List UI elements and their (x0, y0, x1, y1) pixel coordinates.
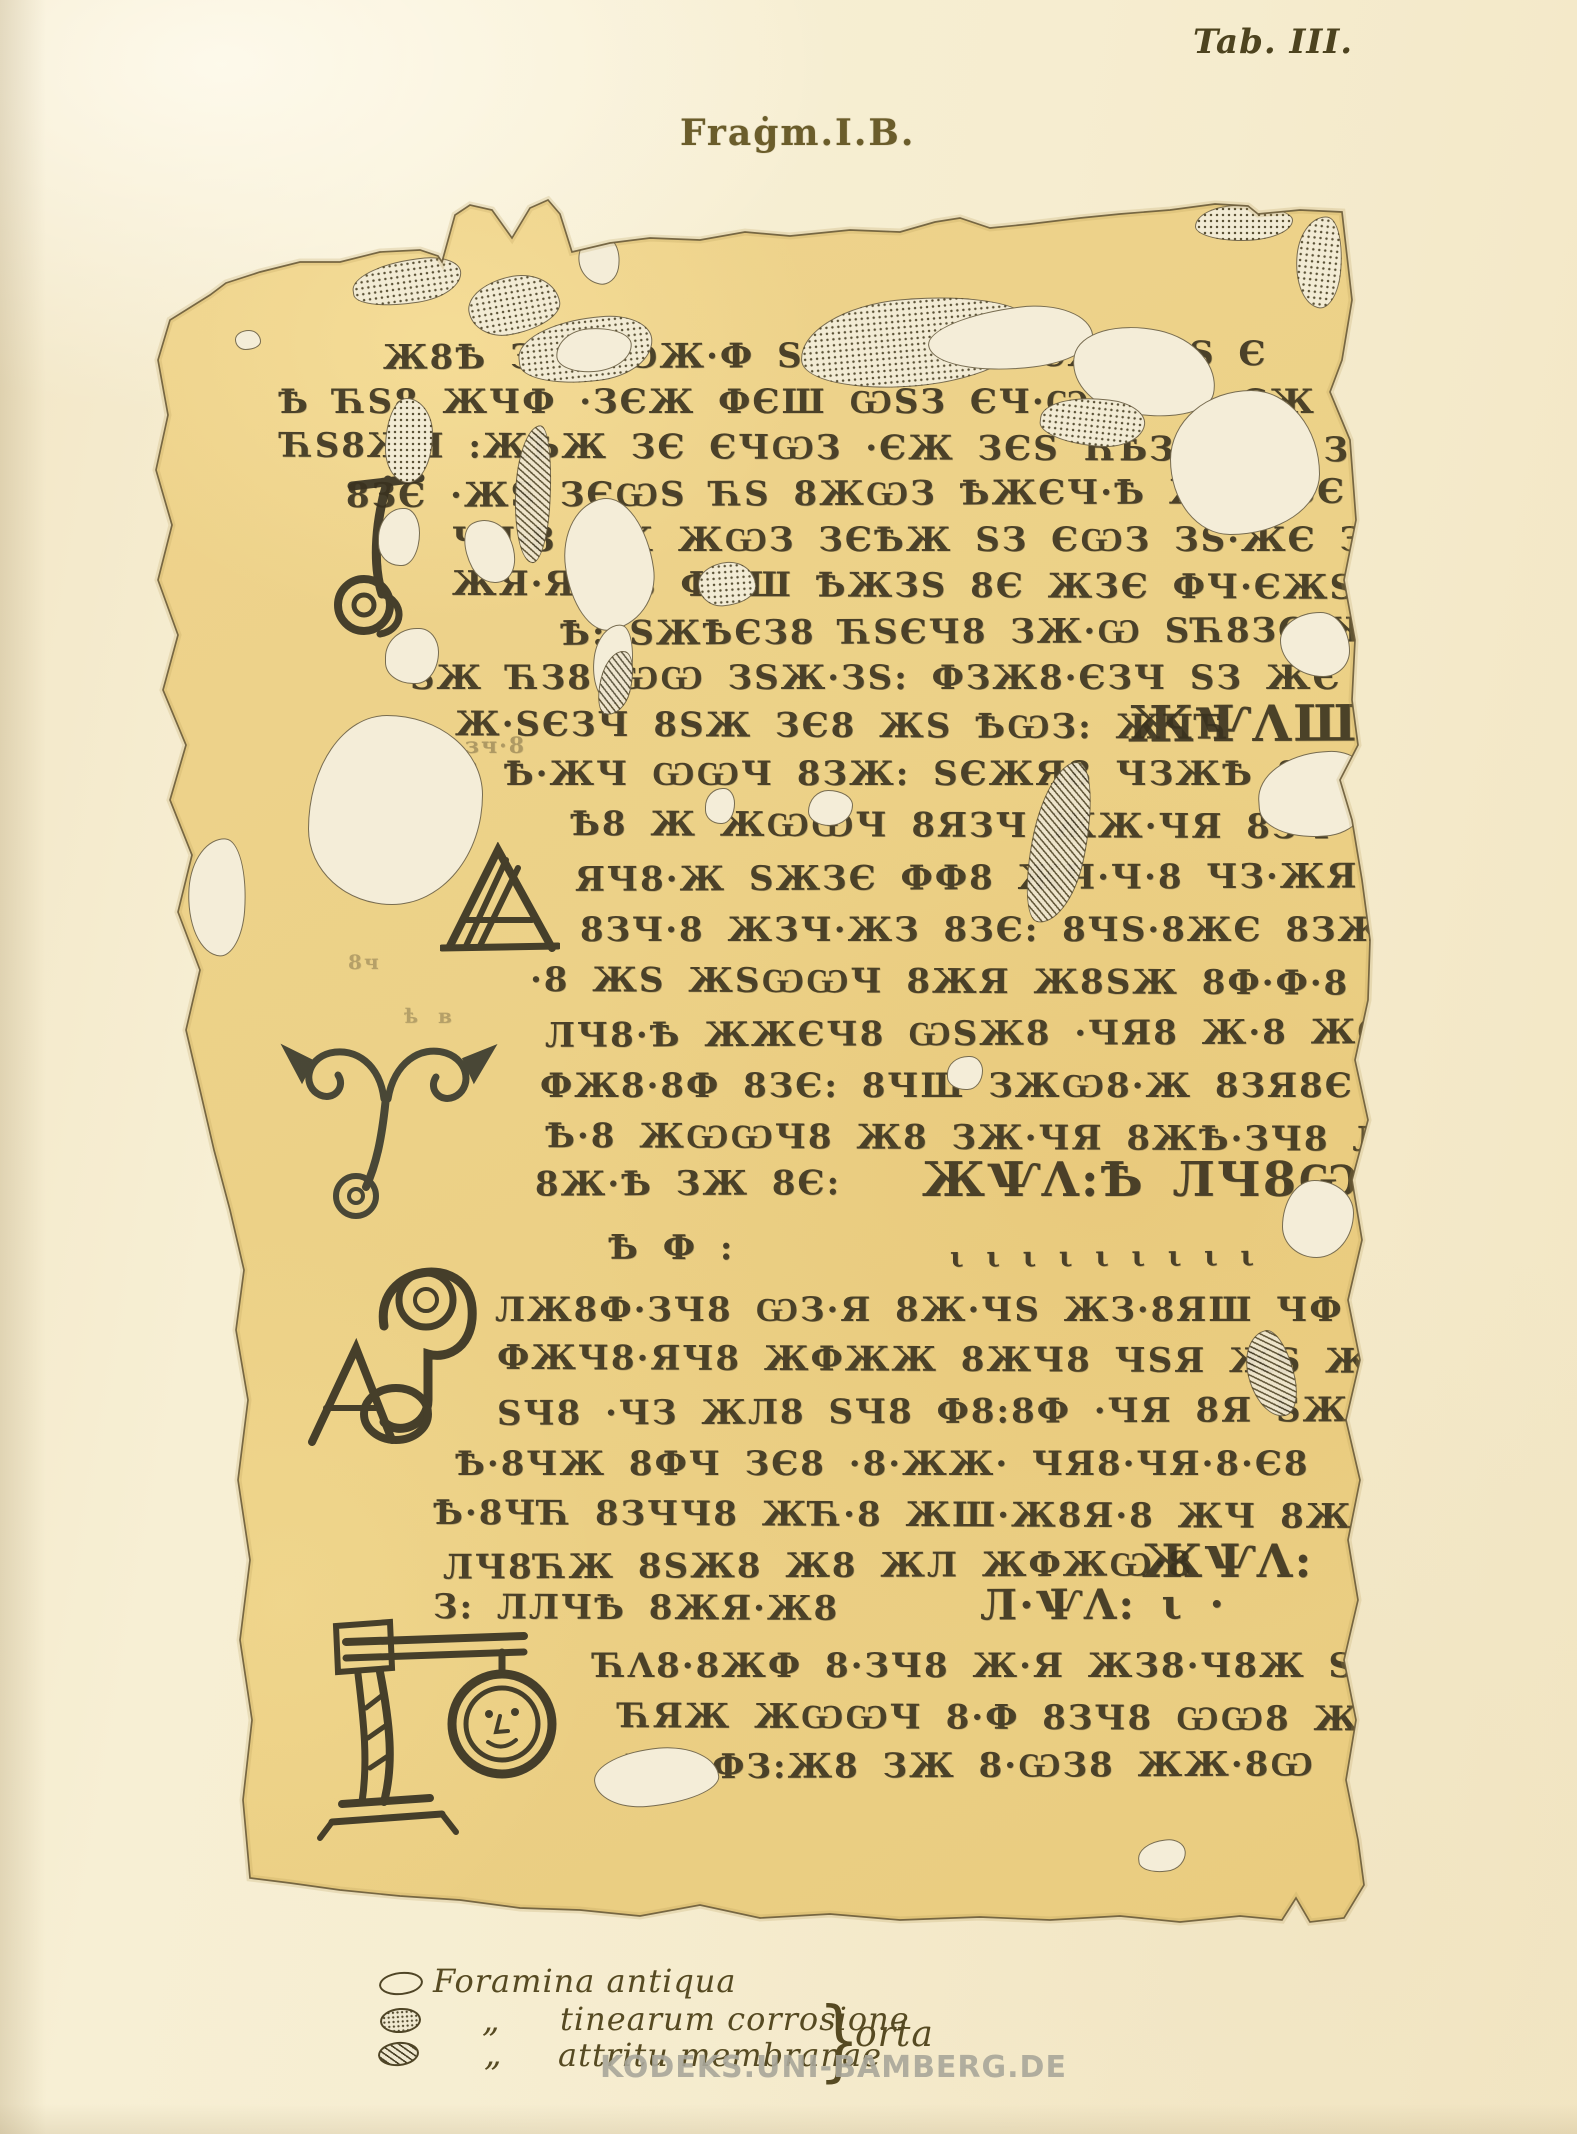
manuscript-text-line: Ф·Ф·ФЗ:Ж8 ЗЖ 8·ѠЗ8 ЖЖ·8Ѡ (616, 1744, 1315, 1787)
damage-foramina-antiqua (574, 233, 624, 288)
damage-foramina-antiqua (1136, 1838, 1187, 1875)
damage-foramina-antiqua (378, 508, 420, 566)
manuscript-text-line: Л·ѰΛ: ι · (980, 1579, 1226, 1629)
manuscript-text-line: Ж·ЅЄЗЧ 8ЅЖ ЗЄ8 ЖЅ ѢѠЗ: ЖЧЋ (455, 704, 1230, 747)
legend-brace-label-orta: orta (855, 2014, 934, 2055)
manuscript-text-line: 8ЗЧ·8 ЖЗЧ·ЖЗ 8ЗЄ: 8ЧЅ·8ЖЄ 8ЗЖ (580, 910, 1384, 950)
manuscript-text-line: Ѣ·8ЧЋ 8ЗЧЧ8 ЖЋ·8 ЖШ·Ж8Я·8 ЖЧ 8Ж (433, 1493, 1353, 1537)
manuscript-text-line: ФЖЧ8·ЯЧ8 ЖФЖЖ 8ЖЧ8 ЧЅЯ ЖЅ ЖЉ Ѕ (497, 1338, 1464, 1382)
damage-foramina-tinearum (349, 253, 464, 312)
manuscript-text-line: зч·8 (465, 733, 526, 759)
manuscript-text-line: ЛЧ8·Ѣ ЖЖЄЧ8 ѠЅЖ8 ·ЧЯ8 Ж·8 ЖЄ8 (545, 1012, 1412, 1056)
manuscript-text-line: ЛЖ8Ф·ЗЧ8 ѠЗ·Я 8Ж·ЧЅ ЖЗ·8ЯШ ЧФ (495, 1290, 1344, 1330)
manuscript-text-line: ЅЧ8 ·ЧЗ ЖЛ8 ЅЧ8 Ф8:8Ф ·ЧЯ 8Я ЅЖ (497, 1390, 1349, 1434)
damage-foramina-antiqua (1170, 390, 1320, 535)
legend-label-foramina-antiqua: Foramina antiqua (433, 1962, 736, 2000)
watermark: KODEKS.UNI-BAMBERG.DE (600, 2050, 1067, 2085)
damage-foramina-antiqua (184, 836, 250, 958)
manuscript-text-line: Ѣ·8ЧЖ 8ФЧ ЗЄ8 ·8·ЖЖ· ЧЯ8·ЧЯ·8·Є8 (455, 1444, 1310, 1484)
legend-symbol-stippled-oval (379, 2007, 422, 2035)
manuscript-text-line: „ З Ѣ·ЖЧ ѠѠЧ 8ЗЖ: ЅЄЖЯ8 ЧЗЖѢ 8ЗЧ (410, 754, 1362, 794)
plate-number-label: Tab. III. (1193, 22, 1363, 62)
damage-foramina-antiqua (235, 330, 261, 350)
manuscript-text-line: ѣ в (404, 1004, 454, 1028)
legend-ditto-mark-2: „ (484, 2034, 502, 2074)
legend-symbol-hatched-oval (377, 2040, 420, 2067)
initial-face-pillar-icon (306, 1612, 568, 1850)
manuscript-text-line: ·8 ЖЅ ЖЅѠѠЧ 8ЖЯ Ж8ЅЖ 8Ф·Ф·8 ЖЅ (530, 960, 1445, 1004)
manuscript-text-line: 8Ж·Ѣ ЗЖ 8Є: (535, 1163, 841, 1204)
manuscript-text-line: ЯЧ8·Ж ЅЖЗЄ ФФ8 ЖЧ·Ч·8 ЧЗ·ЖЯ 8Ж (575, 856, 1454, 900)
plate-page: Tab. III. Fraġm.I.B. (0, 0, 1577, 2134)
manuscript-text-line: З: ЛЛЧѢ 8ЖЯ·Ж8 (433, 1587, 839, 1629)
damage-foramina-tinearum (1291, 214, 1346, 310)
fragment-title: Fraġm.I.B. (680, 112, 915, 154)
manuscript-text-line: ЅЖ ЋЗ8 ѠѠ ЗЅЖ·ЗЅ: ФЗЖ8·ЄЗЧ ЅЗ ЖЄ (410, 658, 1342, 698)
damage-foramina-antiqua (947, 1056, 983, 1090)
manuscript-text-line: ЋЯЖ ЖѠѠЧ 8·Ф 8ЗЧ8 ѠѠ8 ЖЯ·Ф8 (618, 1696, 1466, 1740)
legend-symbol-outline-oval (378, 1970, 424, 1997)
manuscript-text-line: ЋΛ8·8ЖФ 8·ЗЧ8 Ж·Я ЖЗ8·Ч8Ж ЅЖ (593, 1646, 1402, 1686)
damage-foramina-antiqua (385, 628, 439, 684)
damage-foramina-tinearum (1195, 205, 1293, 241)
initial-knot-icon (300, 1236, 485, 1452)
damage-foramina-antiqua (1282, 1180, 1354, 1258)
manuscript-parchment: Ж8Ѣ ЗЄЅ ѠЖ·Ф ЅЄ8 ЖЅЋ ЗЄЖ 8ЗЅ ЄѢ ЋЅ8 ЖЧФ … (0, 0, 1577, 2134)
manuscript-text-line: Ѣ Ф : (608, 1228, 735, 1269)
manuscript-text-line: ЖѰΛШ (1128, 693, 1359, 753)
damage-foramina-antiqua (705, 788, 735, 824)
manuscript-text-line: ι ι ι ι ι ι ι ι ι (950, 1239, 1256, 1273)
manuscript-text-line: 8ч (348, 950, 381, 974)
initial-bird-flourish-icon (268, 995, 506, 1225)
